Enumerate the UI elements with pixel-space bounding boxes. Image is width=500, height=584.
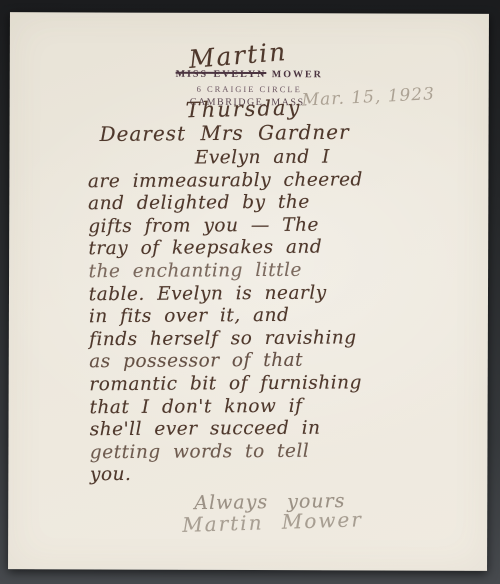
letter-line: and delighted by the bbox=[88, 191, 428, 216]
signature: Martin Mower bbox=[182, 507, 363, 537]
handwritten-day: Thursday bbox=[185, 96, 301, 123]
letter-line: finds herself so ravishing bbox=[89, 327, 429, 352]
letter-line: as possessor of that bbox=[89, 349, 429, 374]
letter-paper: Martin MISS EVELYN MOWER 6 CRAIGIE CIRCL… bbox=[8, 12, 489, 571]
letter-line: table. Evelyn is nearly bbox=[89, 281, 429, 306]
letter-line: in fits over it, and bbox=[89, 304, 429, 329]
salutation: Dearest Mrs Gardner bbox=[99, 120, 349, 146]
letter-line: tray of keepsakes and bbox=[88, 236, 428, 261]
letterhead-name-kept: MOWER bbox=[272, 66, 323, 81]
letter-line: that I don't know if bbox=[89, 394, 429, 419]
letter-line: the enchanting little bbox=[89, 259, 429, 284]
photo-backdrop: Martin MISS EVELYN MOWER 6 CRAIGIE CIRCL… bbox=[0, 0, 500, 584]
letter-line: are immeasurably cheered bbox=[88, 168, 428, 193]
letter-line: gifts from you — The bbox=[88, 214, 428, 239]
letter-line: you. bbox=[90, 462, 430, 487]
letter-line: romantic bit of furnishing bbox=[89, 372, 429, 397]
letter-line: getting words to tell bbox=[90, 440, 430, 465]
letter-body: Evelyn and I are immeasurably cheered an… bbox=[88, 146, 430, 487]
letter-line: she'll ever succeed in bbox=[90, 417, 430, 442]
letter-line: Evelyn and I bbox=[88, 146, 428, 171]
